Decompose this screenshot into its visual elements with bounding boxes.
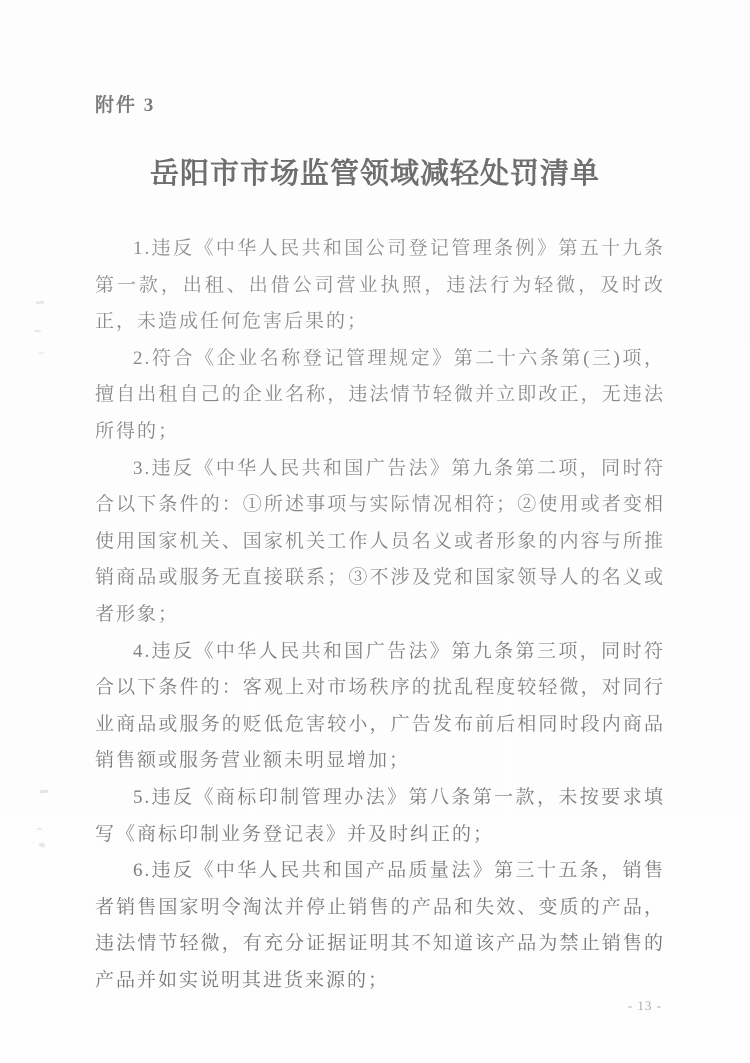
clause-paragraph: 4.违反《中华人民共和国广告法》第九条第三项，同时符合以下条件的：客观上对市场秩… — [95, 634, 665, 780]
scan-artifact — [37, 828, 42, 830]
clause-paragraph: 1.违反《中华人民共和国公司登记管理条例》第五十九条第一款，出租、出借公司营业执… — [95, 231, 665, 341]
scan-artifact — [36, 301, 44, 305]
clause-paragraph: 5.违反《商标印制管理办法》第八条第一款，未按要求填写《商标印制业务登记表》并及… — [95, 780, 665, 853]
page-title: 岳阳市市场监管领域减轻处罚清单 — [0, 151, 750, 192]
page-number: - 13 - — [628, 998, 662, 1014]
attachment-label: 附件 3 — [95, 90, 155, 117]
scan-artifact — [38, 351, 44, 354]
document-page: 附件 3 岳阳市市场监管领域减轻处罚清单 1.违反《中华人民共和国公司登记管理条… — [0, 0, 750, 1063]
scan-artifact — [40, 790, 48, 794]
document-body: 1.违反《中华人民共和国公司登记管理条例》第五十九条第一款，出租、出借公司营业执… — [95, 231, 665, 999]
scan-artifact — [39, 842, 46, 847]
clause-paragraph: 3.违反《中华人民共和国广告法》第九条第二项，同时符合以下条件的：①所述事项与实… — [95, 451, 665, 634]
scan-artifact — [34, 330, 41, 332]
clause-paragraph: 2.符合《企业名称登记管理规定》第二十六条第(三)项，擅自出租自己的企业名称，违… — [95, 341, 665, 451]
clause-paragraph: 6.违反《中华人民共和国产品质量法》第三十五条，销售者销售国家明令淘汰并停止销售… — [95, 853, 665, 999]
